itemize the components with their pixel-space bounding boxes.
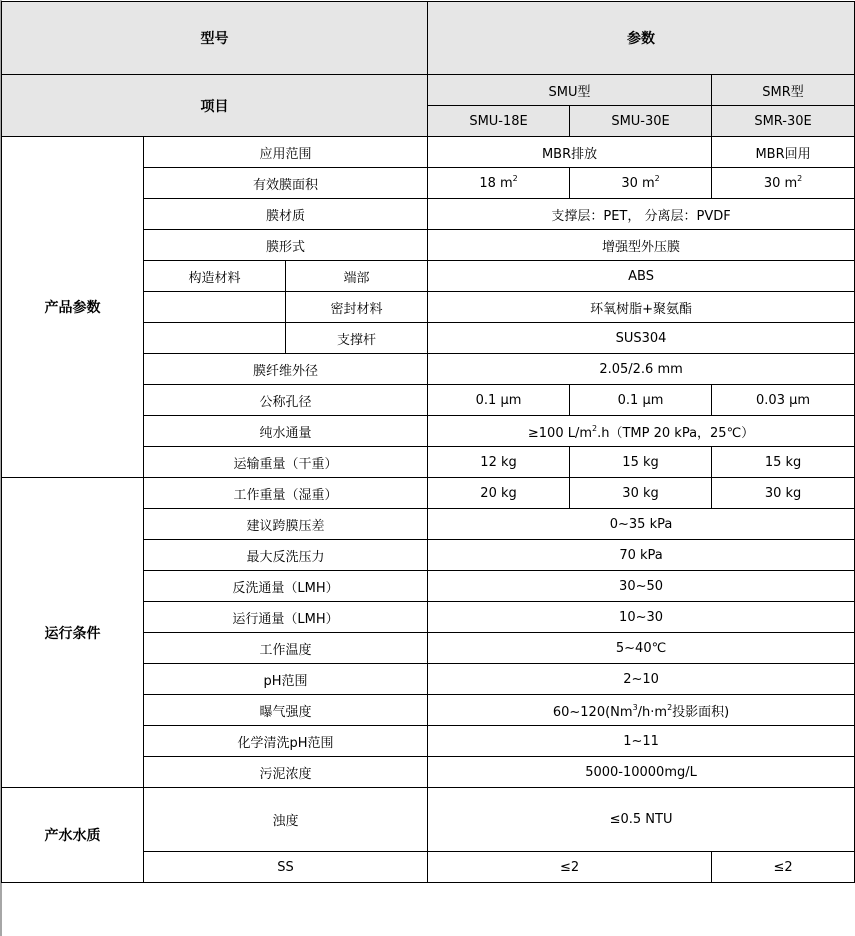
cell-ss-smu: ≤2: [428, 852, 712, 883]
cell-aeration: 60~120(Nm3/h·m2投影面积): [428, 695, 855, 726]
row-label-ss: SS: [144, 852, 428, 883]
cell-seal: 环氧树脂+聚氨酯: [428, 292, 855, 323]
row-label-aeration: 曝气强度: [144, 695, 428, 726]
cell-run-flux: 10~30: [428, 602, 855, 633]
header-params: 参数: [428, 2, 855, 75]
row-label-clean-ph: 化学清洗pH范围: [144, 726, 428, 757]
cell-form: 增强型外压膜: [428, 230, 855, 261]
cell-tmp: 0~35 kPa: [428, 509, 855, 540]
cell-backwash-flux: 30~50: [428, 571, 855, 602]
cell-wet-weight-3: 30 kg: [712, 478, 855, 509]
cell-dry-weight-1: 12 kg: [428, 447, 570, 478]
row-label-construction: 构造材料: [144, 261, 286, 292]
row-label-mlss: 污泥浓度: [144, 757, 428, 788]
row-label-dry-weight: 运输重量（干重）: [144, 447, 428, 478]
cell-wet-weight-2: 30 kg: [570, 478, 712, 509]
row-label-ph: pH范围: [144, 664, 428, 695]
cell-wet-weight-1: 20 kg: [428, 478, 570, 509]
header-model: 型号: [2, 2, 428, 75]
row-label-max-backwash: 最大反洗压力: [144, 540, 428, 571]
row-label-pore: 公称孔径: [144, 385, 428, 416]
row-sublabel-end: 端部: [286, 261, 428, 292]
row-label-area: 有效膜面积: [144, 168, 428, 199]
row-label-pure-flux: 纯水通量: [144, 416, 428, 447]
cell-pure-flux: ≥100 L/m2.h（TMP 20 kPa，25℃）: [428, 416, 855, 447]
header-model-smr30e: SMR-30E: [712, 106, 855, 137]
header-series-smu: SMU型: [428, 75, 712, 106]
cell-max-backwash: 70 kPa: [428, 540, 855, 571]
row-label-material: 膜材质: [144, 199, 428, 230]
cell-support: SUS304: [428, 323, 855, 354]
row-label-temp: 工作温度: [144, 633, 428, 664]
cell-application-smr: MBR回用: [712, 137, 855, 168]
header-model-smu30e: SMU-30E: [570, 106, 712, 137]
construction-blank-2: [144, 323, 286, 354]
cell-temp: 5~40℃: [428, 633, 855, 664]
cell-turbidity: ≤0.5 NTU: [428, 788, 855, 852]
row-label-wet-weight: 工作重量（湿重）: [144, 478, 428, 509]
cell-area-2: 30 m2: [570, 168, 712, 199]
spec-table: 型号 参数 项目 SMU型 SMR型 SMU-18E SMU-30E SMR-3…: [1, 1, 855, 883]
row-label-run-flux: 运行通量（LMH）: [144, 602, 428, 633]
cell-end: ABS: [428, 261, 855, 292]
header-item: 项目: [2, 75, 428, 137]
cell-application-smu: MBR排放: [428, 137, 712, 168]
row-label-application: 应用范围: [144, 137, 428, 168]
cell-pore-1: 0.1 μm: [428, 385, 570, 416]
cell-dry-weight-3: 15 kg: [712, 447, 855, 478]
row-label-turbidity: 浊度: [144, 788, 428, 852]
row-label-tmp: 建议跨膜压差: [144, 509, 428, 540]
row-label-form: 膜形式: [144, 230, 428, 261]
construction-blank-1: [144, 292, 286, 323]
cell-area-3: 30 m2: [712, 168, 855, 199]
header-series-smr: SMR型: [712, 75, 855, 106]
cell-pore-2: 0.1 μm: [570, 385, 712, 416]
row-sublabel-seal: 密封材料: [286, 292, 428, 323]
cell-fiber-od: 2.05/2.6 mm: [428, 354, 855, 385]
cell-ss-smr: ≤2: [712, 852, 855, 883]
group-product: 产品参数: [2, 137, 144, 478]
row-label-fiber-od: 膜纤维外径: [144, 354, 428, 385]
group-water-quality: 产水水质: [2, 788, 144, 883]
cell-mlss: 5000-10000mg/L: [428, 757, 855, 788]
cell-clean-ph: 1~11: [428, 726, 855, 757]
cell-area-1: 18 m2: [428, 168, 570, 199]
row-sublabel-support: 支撑杆: [286, 323, 428, 354]
cell-dry-weight-2: 15 kg: [570, 447, 712, 478]
cell-material: 支撑层：PET， 分离层：PVDF: [428, 199, 855, 230]
cell-pore-3: 0.03 μm: [712, 385, 855, 416]
group-operation: 运行条件: [2, 478, 144, 788]
row-label-backwash-flux: 反洗通量（LMH）: [144, 571, 428, 602]
cell-ph: 2~10: [428, 664, 855, 695]
header-model-smu18e: SMU-18E: [428, 106, 570, 137]
